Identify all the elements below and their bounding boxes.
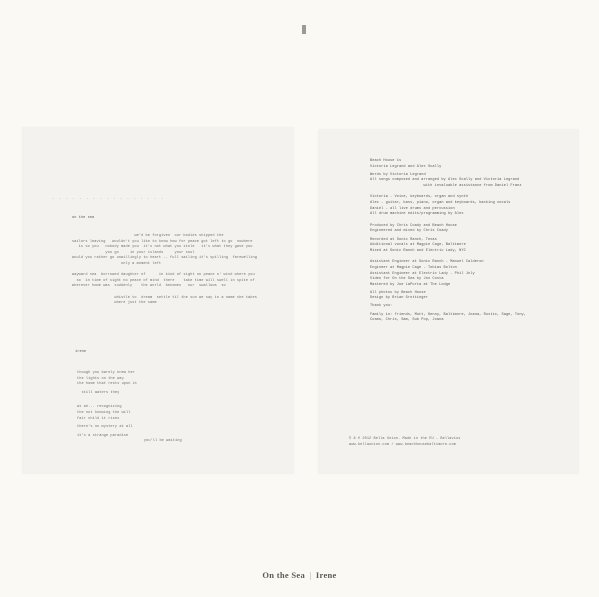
- credit-line: Design by Brian Grottinger: [370, 296, 526, 302]
- credit-line: Thank you:: [370, 304, 526, 310]
- credit-line: with invaluable assistance from Daniel F…: [370, 184, 526, 190]
- on-the-sea-lyrics: we'd be forgiven our bodies shipped thes…: [72, 234, 257, 307]
- lyrics-divider: - - - - - - - - - - - - - - - - -: [52, 197, 164, 201]
- lyric-line: fair child it rises: [77, 417, 182, 423]
- page-number-mark: 4: [302, 25, 306, 34]
- lyric-line: you'll be waiting: [77, 439, 182, 445]
- album-credits: Beach House isVictoria Legrand and Alex …: [370, 159, 526, 324]
- caption-track-2: Irene: [316, 570, 337, 580]
- credit-line: Mixed at Sonic Ranch and Electric Lady, …: [370, 249, 526, 255]
- lyric-line: there's no mystery at all: [77, 425, 182, 431]
- legal-line: © & ℗ 2012 Bella Union. Made in the EU -…: [349, 437, 460, 443]
- lyric-line: wayward sea borrowed daughter of in kind…: [72, 273, 257, 279]
- track-caption: On the Sea | Irene: [0, 570, 599, 580]
- credit-line: Cosmo, Chris, Sam, Sub Pop, Joana: [370, 318, 526, 324]
- caption-track-1: On the Sea: [262, 570, 305, 580]
- credit-line: Mastered by Joe LaPorta at The Lodge: [370, 283, 526, 289]
- irene-lyrics: though you barely knew herthe lights on …: [77, 371, 182, 445]
- label-legal-text: © & ℗ 2012 Bella Union. Made in the EU -…: [349, 437, 460, 448]
- lyric-line: still waters they: [77, 391, 182, 397]
- song-title-on-the-sea: on the sea: [72, 216, 94, 222]
- credit-line: Victoria Legrand and Alex Scally: [370, 165, 526, 171]
- credit-line: Engineered and mixed by Chris Coady: [370, 229, 526, 235]
- song-title-irene: irene: [75, 350, 86, 356]
- credit-line: Alex - guitar, bass, piano, organ and ke…: [370, 201, 526, 207]
- lyric-line: is so you nobody made you it's not what …: [72, 245, 257, 251]
- legal-line: www.bellaunion.com / www.beachhousebalti…: [349, 443, 460, 449]
- credit-line: All drum machine edits/programming by Al…: [370, 212, 526, 218]
- lyric-line: where just the same: [72, 301, 257, 307]
- caption-separator: |: [307, 570, 313, 580]
- lyric-line: the home that rests upon it: [77, 382, 182, 388]
